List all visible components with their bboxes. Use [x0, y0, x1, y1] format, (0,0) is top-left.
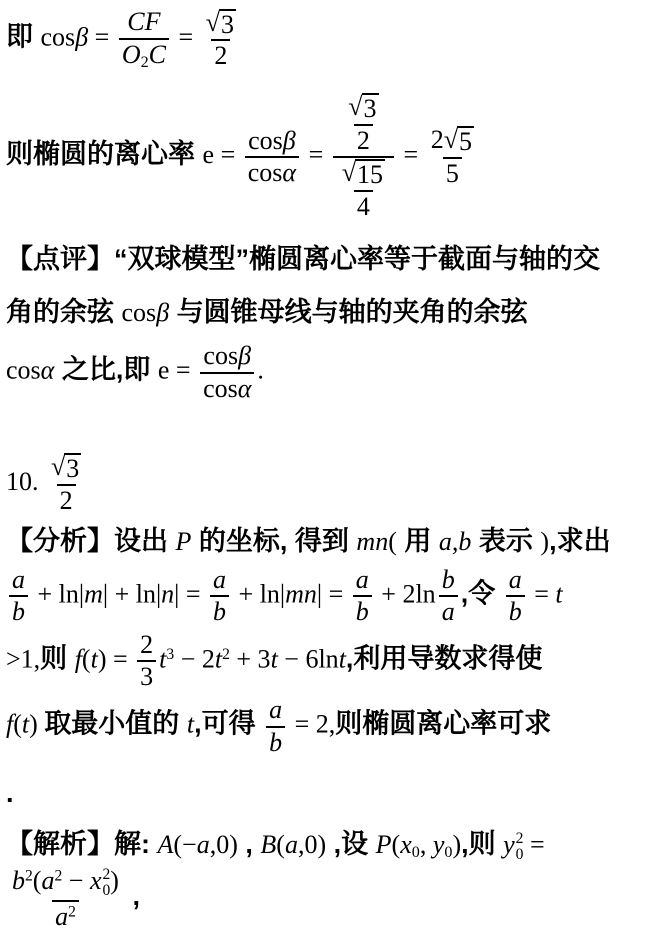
cn-text: ,	[238, 829, 261, 859]
numerator: √15	[339, 159, 388, 189]
math-roman: >1,	[6, 644, 40, 673]
cn-text: 表示	[471, 526, 540, 556]
math-roman: =	[169, 356, 197, 385]
radical-sign-icon: √	[51, 453, 65, 480]
denominator: 2	[57, 484, 76, 516]
cn-text: 【点评】“双球模型”椭圆离心率等于截面与轴的交	[6, 244, 600, 274]
subscript: 2	[141, 54, 149, 71]
document-page: 即 cosβ = CFO2C = √32 则椭圆的离心率 e = cosβcos…	[6, 8, 660, 931]
denominator: a2	[52, 900, 79, 932]
numerator: b2(a2 − x20)	[9, 867, 122, 900]
math-roman: cos	[122, 298, 157, 327]
math-italic: a	[12, 565, 25, 594]
denominator: b	[266, 726, 285, 758]
math-italic: x	[90, 866, 102, 895]
solution-paragraph-line1: 【解析】解: A(−a,0) , B(a,0) ,设 P(x0, y0),则 y…	[6, 824, 660, 865]
denominator: b	[9, 595, 28, 627]
numerator: a	[9, 566, 28, 596]
math-roman: − 6ln	[278, 644, 339, 673]
math-italic: y	[433, 830, 445, 859]
comment-paragraph-line3: cosα 之比,即 e = cosβcosα.	[6, 342, 660, 403]
math-roman: 2	[357, 126, 370, 155]
cn-text: 的坐标, 得到	[191, 526, 356, 556]
comment-paragraph-line1: 【点评】“双球模型”椭圆离心率等于截面与轴的交	[6, 239, 660, 280]
math-roman: =	[88, 23, 116, 52]
fraction: √154	[339, 159, 388, 221]
math-italic: a	[213, 565, 226, 594]
math-roman: = 2,	[288, 710, 335, 739]
analysis-paragraph-line3: >1,则 f(t) = 23t3 − 2t2 + 3t − 6lnt,利用导数求…	[6, 631, 660, 692]
math-italic: a	[442, 597, 455, 626]
sqrt: √3	[51, 453, 81, 482]
denominator: 3	[137, 660, 156, 692]
math-roman: + ln|	[232, 579, 285, 608]
math-italic: CF	[127, 7, 160, 36]
numerator: √3	[345, 93, 381, 123]
cn-text: .	[6, 778, 14, 808]
fraction: √32	[48, 453, 84, 515]
formula-line-eccentricity: 则椭圆的离心率 e = cosβcosα = √32√154 = 2√55	[6, 93, 660, 221]
radical-sign-icon: √	[342, 159, 356, 186]
fraction: ba	[439, 566, 458, 627]
math-italic: O	[122, 40, 141, 69]
cn-text: ,令	[461, 578, 503, 608]
superscript: 2	[222, 646, 230, 663]
math-italic: B	[260, 830, 276, 859]
math-roman: (	[388, 527, 397, 556]
subscript: 0	[412, 844, 420, 861]
math-italic: b	[12, 597, 25, 626]
math-roman: + ln|	[31, 579, 84, 608]
math-italic: P	[376, 830, 392, 859]
numerator: a	[506, 566, 525, 596]
cn-text: 则椭圆离心率可求	[335, 709, 551, 739]
math-roman: =	[172, 23, 200, 52]
math-roman: 2	[60, 486, 73, 515]
math-roman: e	[203, 140, 215, 169]
math-roman: (	[13, 710, 22, 739]
fraction: 23	[137, 631, 156, 692]
math-roman: | =	[174, 579, 207, 608]
math-italic: m	[84, 579, 103, 608]
analysis-paragraph-period: .	[6, 773, 660, 814]
math-roman: e	[158, 356, 170, 385]
math-italic: mn	[356, 527, 388, 556]
math-roman: )	[110, 866, 119, 895]
denominator: 4	[354, 190, 373, 222]
fraction: √32	[345, 93, 381, 155]
math-italic: b	[509, 597, 522, 626]
math-roman: )	[29, 710, 44, 739]
numerator: cosβ	[200, 342, 254, 372]
fraction: ab	[506, 566, 525, 627]
math-italic: n	[161, 579, 174, 608]
numerator: a	[353, 566, 372, 596]
math-roman: )	[540, 527, 549, 556]
solution-paragraph-line2: b2(a2 − x20)a2 ,	[6, 867, 660, 931]
problem-number: 10.	[6, 467, 45, 496]
math-italic: A	[158, 830, 174, 859]
denominator: b	[353, 595, 372, 627]
nested-fraction: √32√154	[333, 93, 394, 221]
math-italic: β	[75, 23, 88, 52]
math-roman: )	[452, 830, 461, 859]
sqrt: √3	[348, 93, 378, 122]
math-roman: + 3	[230, 644, 271, 673]
math-roman: (	[276, 830, 285, 859]
denominator: b	[506, 595, 525, 627]
denominator: cosα	[245, 156, 299, 188]
fraction: CFO2C	[119, 8, 169, 71]
math-italic: b	[269, 728, 282, 757]
denominator: b	[210, 595, 229, 627]
math-roman: (	[392, 830, 401, 859]
cn-text: 【分析】设出	[6, 526, 176, 556]
math-roman: 3	[140, 662, 153, 691]
sqrt: √15	[342, 159, 385, 188]
math-roman: cos	[248, 126, 283, 155]
cn-text: 角的余弦	[6, 297, 122, 327]
math-italic: α	[41, 356, 55, 385]
numerator: CF	[124, 8, 163, 38]
numerator: a	[210, 566, 229, 596]
cn-text: ,可得	[194, 709, 263, 739]
sqrt-body: 3	[219, 9, 236, 38]
math-italic: a	[356, 565, 369, 594]
math-italic: a	[509, 565, 522, 594]
math-italic: a	[285, 830, 298, 859]
math-italic: f	[75, 644, 82, 673]
denominator: cosα	[200, 372, 254, 404]
analysis-paragraph-line1: 【分析】设出 P 的坐标, 得到 mn( 用 a,b 表示 ),求出	[6, 521, 660, 562]
math-italic: β	[156, 298, 169, 327]
numerator: 2√5	[428, 126, 477, 156]
math-italic: a	[197, 830, 210, 859]
math-roman: =	[214, 140, 242, 169]
cn-text: 之比,即	[54, 355, 158, 385]
math-roman: ,	[420, 830, 433, 859]
math-roman: + 2ln	[375, 579, 436, 608]
fraction: b2(a2 − x20)a2	[9, 867, 122, 931]
cn-text: 则椭圆的离心率	[6, 139, 203, 169]
fraction: ab	[353, 566, 372, 627]
numerator: 2	[137, 631, 156, 661]
math-roman: 2	[140, 630, 153, 659]
math-roman: 5	[446, 159, 459, 188]
cn-text: ,利用导数求得使	[346, 643, 543, 673]
math-italic: a	[41, 866, 54, 895]
radical-sign-icon: √	[206, 9, 220, 36]
numerator: √3	[203, 9, 239, 39]
denominator: 5	[443, 157, 462, 189]
cn-text: 用	[397, 526, 439, 556]
math-italic: b	[356, 597, 369, 626]
math-roman: ,0)	[298, 830, 326, 859]
radical-sign-icon: √	[348, 93, 362, 120]
math-italic: β	[238, 341, 251, 370]
math-roman: | =	[317, 579, 350, 608]
math-italic: b	[12, 866, 25, 895]
math-italic: t	[187, 710, 194, 739]
math-roman: 4	[357, 192, 370, 221]
cn-text: 则	[40, 643, 75, 673]
cn-text: 取最小值的	[44, 709, 187, 739]
comment-paragraph-line2: 角的余弦 cosβ 与圆锥母线与轴的夹角的余弦	[6, 292, 660, 333]
denominator: a	[439, 595, 458, 627]
math-roman: | + ln|	[103, 579, 161, 608]
fraction: cosβcosα	[245, 127, 299, 188]
math-italic: a	[269, 695, 282, 724]
math-italic: α	[238, 374, 252, 403]
sqrt-body: 5	[457, 126, 474, 155]
radical-sign-icon: √	[444, 126, 458, 153]
math-roman: −	[62, 866, 90, 895]
numerator: b	[439, 566, 458, 596]
math-roman: − 2	[174, 644, 215, 673]
numerator: cosβ	[245, 127, 299, 157]
math-roman: =	[397, 140, 425, 169]
math-roman: cos	[6, 356, 41, 385]
math-italic: t	[339, 644, 346, 673]
cn-text: ,则	[461, 829, 503, 859]
math-roman: .	[257, 356, 264, 385]
fraction: 2√55	[428, 126, 477, 188]
denominator: 2	[211, 39, 230, 71]
analysis-paragraph-line4: f(t) 取最小值的 t,可得 ab = 2,则椭圆离心率可求	[6, 696, 660, 757]
fraction: √32	[203, 9, 239, 71]
math-italic: a	[55, 902, 68, 931]
numerator: a	[266, 696, 285, 726]
problem-number-answer-line: 10. √32	[6, 453, 660, 515]
math-italic: t	[555, 579, 562, 608]
denominator: √154	[333, 156, 394, 221]
superscript: 2	[68, 903, 76, 920]
sqrt: √5	[444, 126, 474, 155]
denominator: O2C	[119, 38, 169, 72]
cn-text: 与圆锥母线与轴的夹角的余弦	[169, 297, 528, 327]
sqrt: √3	[206, 9, 236, 38]
sqrt-body: 3	[64, 453, 81, 482]
formula-line-cos-beta: 即 cosβ = CFO2C = √32	[6, 8, 660, 71]
numerator: √32	[339, 93, 387, 156]
math-roman: cos	[203, 341, 238, 370]
math-italic: b	[442, 565, 455, 594]
cn-text: ,求出	[549, 526, 611, 556]
denominator: 2	[354, 124, 373, 156]
fraction: ab	[210, 566, 229, 627]
cn-text: 即	[6, 22, 41, 52]
math-roman: (−	[173, 830, 196, 859]
analysis-paragraph-line2: ab + ln|m| + ln|n| = ab + ln|mn| = ab + …	[6, 566, 660, 627]
math-roman: =	[528, 579, 556, 608]
math-italic: x	[400, 830, 412, 859]
math-italic: t	[215, 644, 222, 673]
math-roman: cos	[41, 23, 76, 52]
math-roman: =	[302, 140, 330, 169]
math-roman: 2	[431, 125, 444, 154]
math-italic: b	[213, 597, 226, 626]
math-roman: ) =	[98, 644, 134, 673]
cn-text: 【解析】解:	[6, 829, 158, 859]
math-roman: cos	[248, 158, 283, 187]
sqrt-body: 3	[362, 93, 379, 122]
math-italic: t	[91, 644, 98, 673]
math-italic: α	[282, 158, 296, 187]
sqrt-body: 15	[355, 159, 385, 188]
fraction: ab	[9, 566, 28, 627]
fraction: ab	[266, 696, 285, 757]
math-italic: mn	[285, 579, 317, 608]
math-roman: (	[82, 644, 91, 673]
math-italic: a,b	[439, 527, 472, 556]
cn-text: ,	[125, 881, 140, 911]
cn-text: ,设	[326, 829, 376, 859]
math-roman: 2	[214, 41, 227, 70]
fraction: cosβcosα	[200, 342, 254, 403]
superscript: 2	[25, 867, 33, 884]
math-roman: ,0)	[210, 830, 238, 859]
math-roman: cos	[203, 374, 238, 403]
math-italic: y	[503, 830, 515, 859]
numerator: √3	[48, 453, 84, 483]
math-italic: C	[149, 40, 166, 69]
math-italic: P	[176, 527, 192, 556]
math-italic: t	[271, 644, 278, 673]
math-italic: β	[283, 126, 296, 155]
math-roman: =	[523, 830, 544, 859]
